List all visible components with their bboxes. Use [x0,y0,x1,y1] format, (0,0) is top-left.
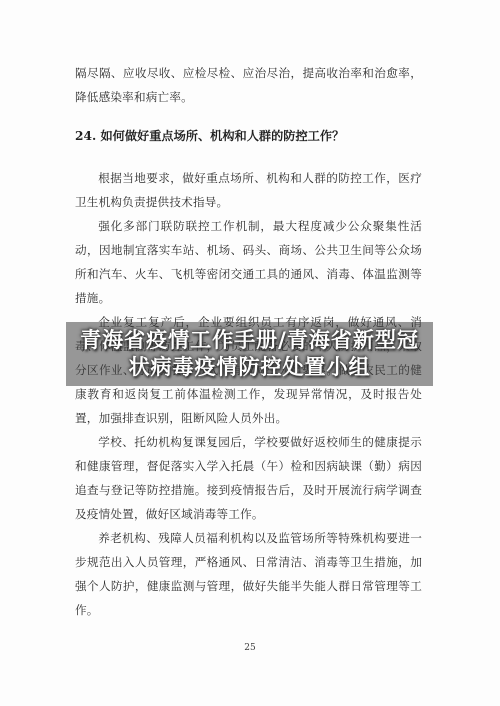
section-heading: 24. 如何做好重点场所、机构和人群的防控工作？ [75,124,422,148]
paragraph-continuation: 隔尽隔、应收尽收、应检尽检、应治尽治，提高收治率和治愈率，降低感染率和病亡率。 [75,61,422,109]
document-page: 隔尽隔、应收尽收、应检尽检、应治尽治，提高收治率和治愈率，降低感染率和病亡率。 … [0,0,500,706]
page-number: 25 [0,642,500,654]
paragraph-special-institutions: 养老机构、残障人员福利机构以及监管场所等特殊机构要进一步规范出入人员管理，严格通… [75,526,422,622]
paragraph-joint-control: 强化多部门联防联控工作机制，最大程度减少公众聚集性活动，因地制宜落实车站、机场、… [75,214,422,310]
paragraph-schools: 学校、托幼机构复课复园后，学校要做好返校师生的健康提示和健康管理，督促落实入学入… [75,430,422,526]
watermark-text-line1: 青海省疫情工作手册/青海省新型冠 [80,327,419,354]
watermark-text-line2: 状病毒疫情防控处置小组 [129,354,371,381]
paragraph-key-places: 根据当地要求，做好重点场所、机构和人群的防控工作，医疗卫生机构负责提供技术指导。 [75,166,422,214]
watermark-overlay: 青海省疫情工作手册/青海省新型冠 状病毒疫情防控处置小组 [66,322,433,386]
